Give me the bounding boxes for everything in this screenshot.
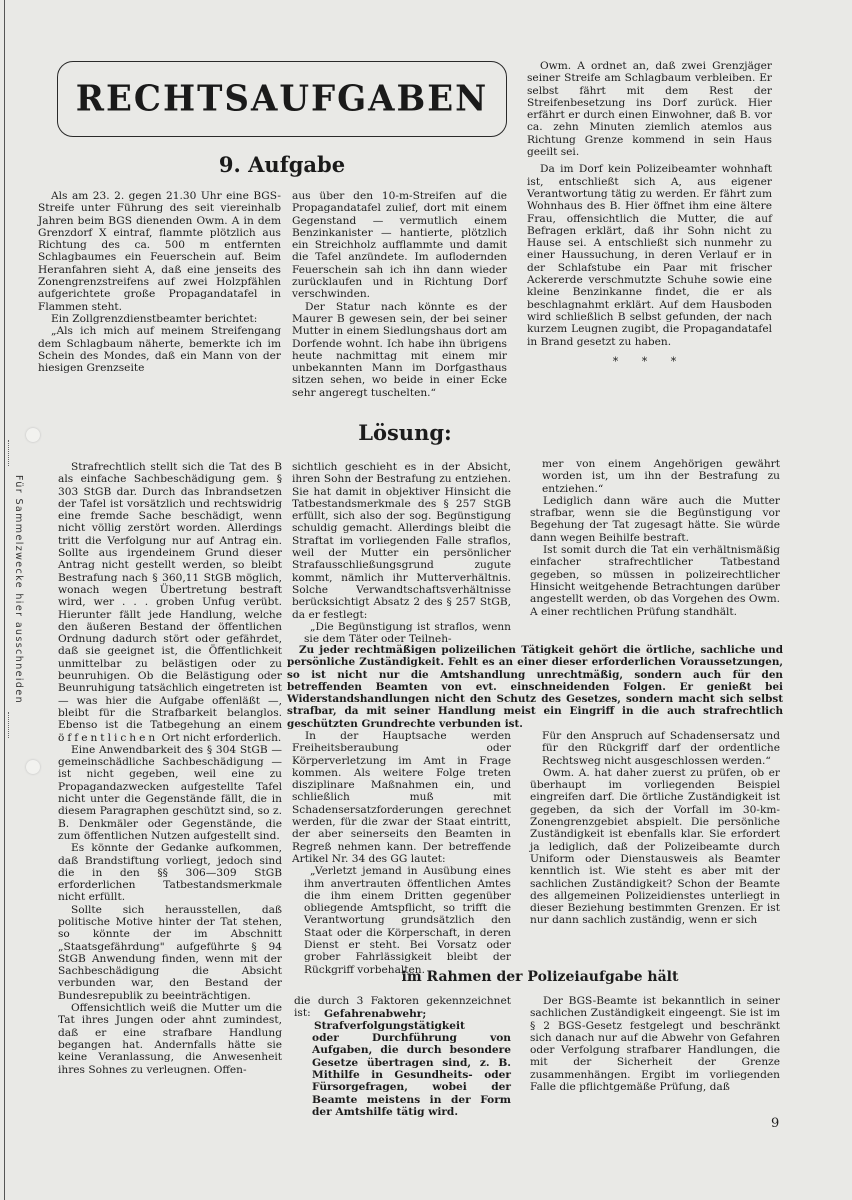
subheading: im Rahmen der Polizeiaufgabe hält bbox=[345, 969, 735, 985]
paragraph: Der BGS-Beamte ist bekanntlich in seiner… bbox=[530, 995, 780, 1093]
quote: mer von einem Angehörigen gewährt worden… bbox=[530, 458, 780, 495]
quote: „Verletzt jemand in Ausübung eines ihm a… bbox=[292, 865, 511, 976]
aufgabe-column-1: Als am 23. 2. gegen 21.30 Uhr eine BGS-S… bbox=[38, 190, 281, 374]
paragraph: Ein Zollgrenzdienstbeamter berichtet: bbox=[38, 313, 281, 325]
paragraph: Lediglich dann wäre auch die Mutter stra… bbox=[530, 495, 780, 544]
paragraph: Strafrechtlich stellt sich die Tat des B… bbox=[58, 461, 282, 744]
cut-dots-top bbox=[8, 440, 10, 466]
section-title-loesung: Lösung: bbox=[285, 420, 525, 445]
list-item: Gefahrenabwehr; bbox=[314, 1008, 511, 1020]
list-item: oder Durchführung von Aufgaben, die durc… bbox=[294, 1032, 511, 1118]
loesung-column-2: sichtlich geschieht es in der Absicht, i… bbox=[292, 461, 511, 645]
punch-hole-top bbox=[26, 428, 40, 442]
document-page: Für Sammelzwecke hier ausschneiden RECHT… bbox=[0, 0, 852, 1200]
quote: „Als ich mich auf meinem Streifengang de… bbox=[38, 325, 281, 374]
paragraph: Owm. A. hat daher zuerst zu prüfen, ob e… bbox=[530, 767, 780, 927]
punch-hole-bottom bbox=[26, 760, 40, 774]
factor-list: Gefahrenabwehr; Strafverfolgungstätigkei… bbox=[294, 1008, 511, 1033]
quote: Für den Anspruch auf Schadensersatz und … bbox=[530, 730, 780, 767]
section-title-aufgabe: 9. Aufgabe bbox=[57, 152, 507, 177]
section-separator: * * * bbox=[527, 356, 772, 368]
paragraph: Der Statur nach könnte es der Maurer B g… bbox=[292, 301, 507, 399]
key-principle-paragraph: Zu jeder rechtmäßigen polizeilichen Täti… bbox=[287, 644, 783, 730]
paragraph: Eine Anwendbarkeit des § 304 StGB — geme… bbox=[58, 744, 282, 842]
page-number: 9 bbox=[771, 1116, 779, 1131]
loesung-column-1: Strafrechtlich stellt sich die Tat des B… bbox=[58, 461, 282, 1076]
paragraph: Ist somit durch die Tat ein verhältnismä… bbox=[530, 544, 780, 618]
paragraph: Es könnte der Gedanke aufkommen, daß Bra… bbox=[58, 842, 282, 903]
cut-note: Für Sammelzwecke hier ausschneiden bbox=[0, 470, 24, 710]
loesung-column-3: mer von einem Angehörigen gewährt worden… bbox=[530, 458, 780, 618]
quote: „Die Begünstigung ist straflos, wenn sie… bbox=[292, 621, 511, 646]
header-box: RECHTSAUFGABEN bbox=[57, 61, 507, 137]
cut-dots-bottom bbox=[8, 712, 10, 738]
paragraph: Offensichtlich weiß die Mutter um die Ta… bbox=[58, 1002, 282, 1076]
paragraph: sichtlich geschieht es in der Absicht, i… bbox=[292, 461, 511, 621]
emphasis: öffentlichen bbox=[58, 732, 158, 744]
page-title: RECHTSAUFGABEN bbox=[76, 78, 489, 120]
loesung-column-2c: die durch 3 Faktoren gekennzeichnet ist:… bbox=[294, 995, 511, 1118]
aufgabe-column-2: aus über den 10-m-Streifen auf die Propa… bbox=[292, 190, 507, 399]
paragraph: Owm. A ordnet an, daß zwei Grenzjäger se… bbox=[527, 60, 772, 158]
paragraph: aus über den 10-m-Streifen auf die Propa… bbox=[292, 190, 507, 301]
loesung-column-2b: In der Hauptsache werden Freiheitsberaub… bbox=[292, 730, 511, 976]
list-item: Strafverfolgungstätigkeit bbox=[314, 1020, 511, 1032]
loesung-column-3b: Für den Anspruch auf Schadensersatz und … bbox=[530, 730, 780, 927]
loesung-column-3c: Der BGS-Beamte ist bekanntlich in seiner… bbox=[530, 995, 780, 1093]
paragraph: Da im Dorf kein Polizeibeamter wohnhaft … bbox=[527, 163, 772, 347]
paragraph: Als am 23. 2. gegen 21.30 Uhr eine BGS-S… bbox=[38, 190, 281, 313]
paragraph: Sollte sich herausstellen, daß politisch… bbox=[58, 904, 282, 1002]
aufgabe-column-3: Owm. A ordnet an, daß zwei Grenzjäger se… bbox=[527, 60, 772, 368]
paragraph: In der Hauptsache werden Freiheitsberaub… bbox=[292, 730, 511, 865]
